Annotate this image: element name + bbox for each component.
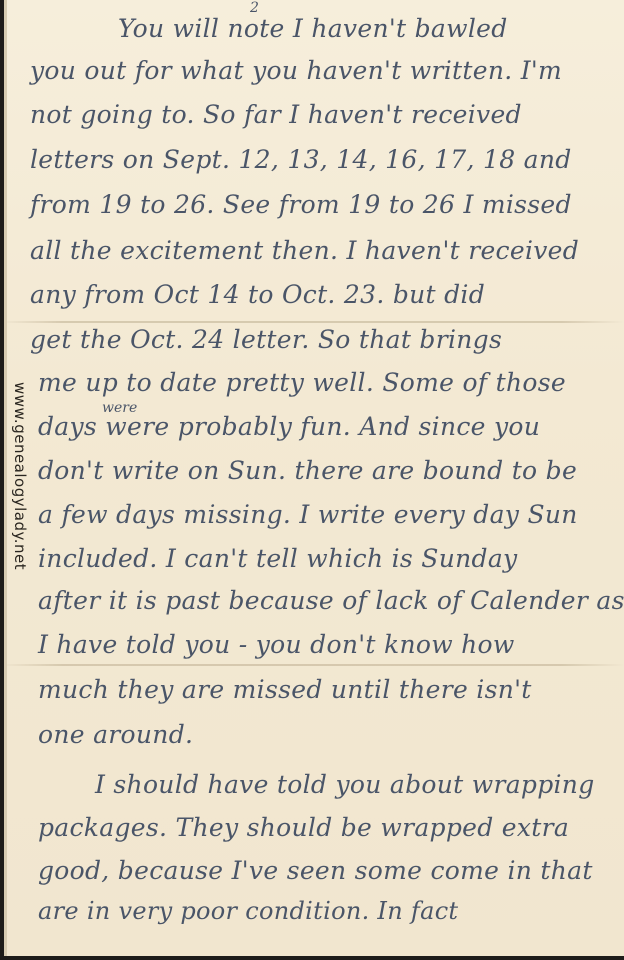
letter-line-20: good, because I've seen some come in tha… bbox=[38, 856, 593, 885]
letter-line-12: a few days missing. I write every day Su… bbox=[38, 500, 578, 529]
fold-line bbox=[0, 321, 624, 323]
letter-line-16: much they are missed until there isn't bbox=[38, 675, 532, 704]
letter-line-8: get the Oct. 24 letter. So that brings bbox=[30, 325, 502, 354]
letter-line-10: days were probably fun. And since you bbox=[38, 412, 540, 441]
letter-line-17: one around. bbox=[38, 720, 193, 749]
letter-line-19: packages. They should be wrapped extra bbox=[38, 813, 569, 842]
letter-line-9: me up to date pretty well. Some of those bbox=[38, 368, 566, 397]
letter-line-18: I should have told you about wrapping bbox=[95, 770, 595, 799]
watermark: www.genealogylady.net bbox=[9, 382, 31, 612]
letter-line-11: don't write on Sun. there are bound to b… bbox=[38, 456, 577, 485]
word-insert: were bbox=[102, 400, 137, 416]
letter-line-5: from 19 to 26. See from 19 to 26 I misse… bbox=[30, 190, 572, 219]
letter-line-4: letters on Sept. 12, 13, 14, 16, 17, 18 … bbox=[30, 145, 572, 174]
letter-line-6: all the excitement then. I haven't recei… bbox=[30, 236, 579, 265]
letter-line-13: included. I can't tell which is Sunday bbox=[38, 544, 517, 573]
letter-line-7: any from Oct 14 to Oct. 23. but did bbox=[30, 280, 485, 309]
fold-line bbox=[0, 664, 624, 666]
letter-page: You will note I haven't bawled 2 you out… bbox=[0, 0, 624, 960]
caret-insert: 2 bbox=[250, 0, 259, 16]
letter-line-3: not going to. So far I haven't received bbox=[30, 100, 522, 129]
scan-border-inner bbox=[4, 0, 7, 960]
letter-line-14: after it is past because of lack of Cale… bbox=[38, 586, 624, 615]
letter-line-1: You will note I haven't bawled bbox=[118, 14, 508, 43]
letter-line-21: are in very poor condition. In fact bbox=[38, 897, 458, 925]
letter-line-2: you out for what you haven't written. I'… bbox=[30, 56, 562, 85]
scan-border-bottom bbox=[0, 956, 624, 960]
letter-line-15: I have told you - you don't know how bbox=[38, 630, 515, 659]
